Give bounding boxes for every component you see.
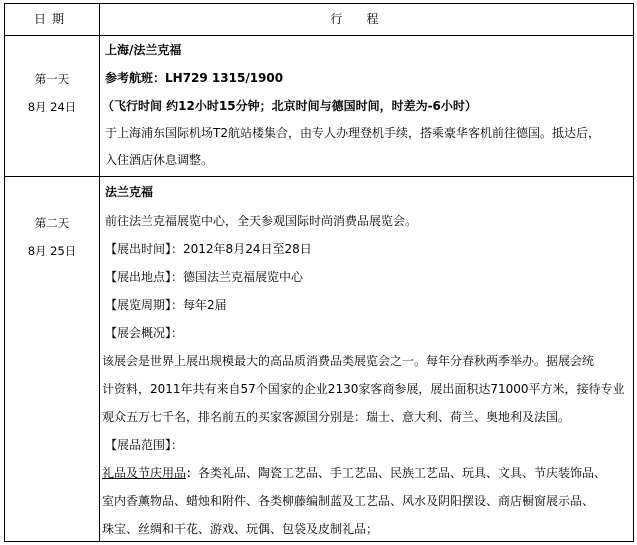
row-divider	[5, 176, 633, 177]
itinerary-column-header: 行程	[100, 4, 633, 35]
overview-line3: 观众五万七千名，排名前五的买家客源国分别是：瑞士、意大利、荷兰、奥地利及法国。	[102, 410, 570, 424]
exhibition-time: 【展出时间】：2012年8月24日至28日	[105, 242, 312, 256]
day2-label: 第二天	[5, 215, 99, 231]
day1-route: 上海/法兰克福	[105, 43, 181, 57]
date-column-header: 日期	[5, 4, 99, 35]
day1-desc-line2: 入住酒店休息调整。	[105, 153, 213, 167]
itinerary-table: 日期 行程 第一天 8月 24日 上海/法兰克福 参考航班：LH729 1315…	[4, 3, 634, 542]
overview-line1: 该展会是世界上展出规模最大的高品质消费品类展览会之一。每年分春秋两季举办。据展会…	[102, 354, 594, 368]
day1-date: 8月 24日	[5, 99, 99, 115]
exhibition-cycle: 【展览周期】：每年2届	[105, 298, 227, 312]
exhibition-location: 【展出地点】：德国法兰克福展览中心	[105, 270, 303, 284]
overview-line2: 计资料，2011年共有来自57个国家的企业2130家客商参展，展出面积达7100…	[102, 382, 625, 396]
category-items: 各类礼品、陶瓷工艺品、手工艺品、民族工艺品、玩具、文具、节庆装饰品、	[198, 466, 606, 480]
day1-label: 第一天	[5, 71, 99, 87]
column-divider	[99, 4, 100, 541]
exhibition-time-value: 2012年8月24日至28日	[183, 242, 312, 256]
exhibition-cycle-value: 每年2届	[183, 298, 227, 312]
exhibition-cycle-label: 【展览周期】：	[105, 298, 183, 312]
exhibit-scope-label: 【展品范围】：	[105, 438, 183, 452]
day2-intro: 前往法兰克福展览中心，全天参观国际时尚消费品展览会。	[105, 214, 417, 228]
exhibit-scope-line3: 珠宝、丝绸和干花、游戏、玩偶、包袋及皮制礼品；	[102, 522, 378, 536]
category-colon: ：	[186, 466, 198, 480]
day1-flight-note: （飞行时间 约12小时15分钟；北京时间与德国时间，时差为-6小时）	[102, 99, 477, 113]
exhibition-time-label: 【展出时间】：	[105, 242, 183, 256]
exhibit-scope-line2: 室内香薰物品、蜡烛和附件、各类柳藤编制蓝及工艺品、风水及阴阳摆设、商店橱窗展示品…	[102, 494, 594, 508]
exhibition-location-label: 【展出地点】：	[105, 270, 183, 284]
header-divider	[5, 35, 633, 36]
day2-date: 8月 25日	[5, 243, 99, 259]
exhibition-overview-label: 【展会概况】：	[105, 326, 183, 340]
day1-desc-line1: 于上海浦东国际机场T2航站楼集合，由专人办理登机手续，搭乘豪华客机前往德国。抵达…	[105, 126, 600, 140]
day1-flight: 参考航班：LH729 1315/1900	[105, 71, 283, 85]
category-gifts-festive: 礼品及节庆用品	[102, 466, 186, 480]
day2-city: 法兰克福	[105, 185, 153, 199]
exhibition-location-value: 德国法兰克福展览中心	[183, 270, 303, 284]
exhibit-scope-line1: 礼品及节庆用品：各类礼品、陶瓷工艺品、手工艺品、民族工艺品、玩具、文具、节庆装饰…	[102, 466, 606, 480]
